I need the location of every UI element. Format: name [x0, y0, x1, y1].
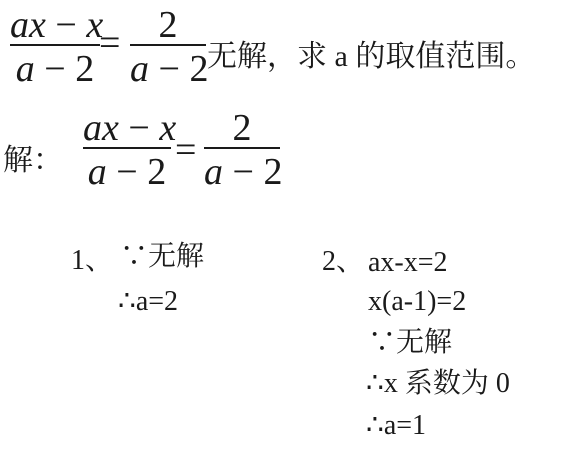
problem-fraction-right: 2 a − 2: [130, 6, 206, 88]
case2-step-1: ax-x=2: [368, 248, 448, 278]
denominator-operator: −: [107, 151, 147, 193]
denominator-term: a: [88, 151, 107, 193]
denominator-term: 2: [263, 151, 282, 193]
denominator-term: a: [130, 48, 149, 90]
case1-step-2: ∴a=2: [118, 287, 178, 317]
equals-sign: =: [99, 24, 120, 62]
equals-sign: =: [175, 131, 196, 169]
denominator-operator: −: [35, 48, 75, 90]
numerator-term: x: [159, 107, 176, 149]
case1-step-1: ∵无解: [120, 242, 204, 272]
numerator-term: ax: [83, 107, 119, 149]
numerator-operator: −: [46, 4, 86, 46]
fraction-numerator: 2: [204, 109, 280, 147]
problem-fraction-left: ax − x a − 2: [10, 6, 100, 88]
solution-label: 解：: [3, 146, 63, 176]
fraction-numerator: ax − x: [10, 6, 100, 44]
denominator-term: a: [16, 48, 35, 90]
fraction-denominator: a − 2: [204, 149, 280, 191]
denominator-operator: −: [149, 48, 189, 90]
fraction-numerator: 2: [130, 6, 206, 44]
denominator-operator: −: [223, 151, 263, 193]
case1-label: 1、: [71, 246, 113, 276]
solution-fraction-right: 2 a − 2: [204, 109, 280, 191]
numerator-operator: −: [119, 107, 159, 149]
fraction-denominator: a − 2: [130, 46, 206, 88]
denominator-term: 2: [147, 151, 166, 193]
denominator-term: a: [204, 151, 223, 193]
denominator-term: 2: [75, 48, 94, 90]
numerator-term: ax: [10, 4, 46, 46]
math-worksheet: ax − x a − 2 = 2 a − 2 无解，求 a 的取值范围。 解： …: [0, 0, 562, 457]
solution-fraction-left: ax − x a − 2: [83, 109, 171, 191]
case2-step-3: ∵无解: [368, 328, 452, 358]
case2-step-4: ∴x 系数为 0: [366, 369, 510, 399]
case2-step-2: x(a-1)=2: [368, 287, 466, 317]
case2-label: 2、: [322, 247, 364, 277]
problem-statement-text: 无解，求 a 的取值范围。: [207, 42, 535, 72]
fraction-denominator: a − 2: [10, 46, 100, 88]
case2-step-5: ∴a=1: [366, 411, 426, 441]
fraction-numerator: ax − x: [83, 109, 171, 147]
denominator-term: 2: [189, 48, 208, 90]
fraction-denominator: a − 2: [83, 149, 171, 191]
